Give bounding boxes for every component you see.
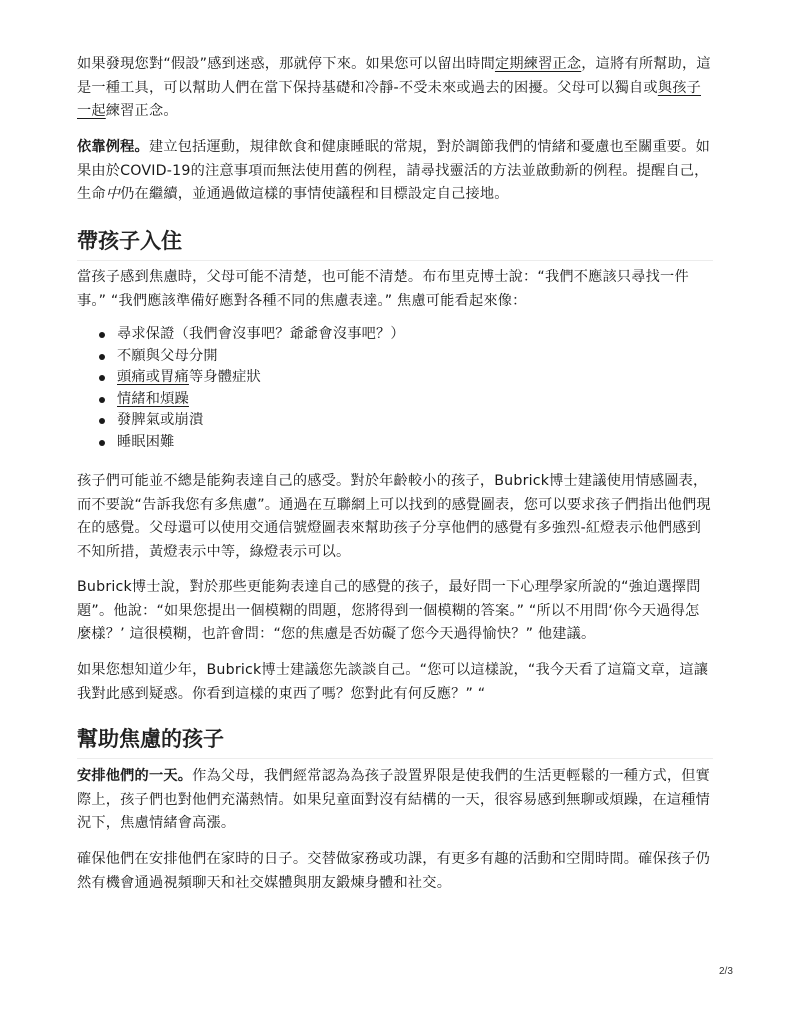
list-item: 頭痛或胃痛等身體症狀 [117, 367, 713, 389]
routine-paragraph: 依靠例程。建立包括運動，規律飲食和健康睡眠的常規，對於調節我們的情緒和憂慮也至關… [77, 136, 713, 207]
page-number: 2/3 [719, 966, 733, 977]
text: 練習正念。 [106, 103, 178, 119]
text: 睡眠困難 [117, 434, 175, 450]
section-heading-help-anxious-kids: 幫助焦慮的孩子 [77, 724, 713, 759]
list-item: 不願與父母分開 [117, 346, 713, 368]
mindfulness-paragraph: 如果發現您對“假設”感到迷惑，那就停下來。如果您可以留出時間定期練習正念，這將有… [77, 53, 713, 124]
teen-paragraph: 如果您想知道少年，Bubrick博士建議您先談談自己。“您可以這樣說，“我今天看… [77, 659, 713, 706]
list-item: 尋求保證（我們會沒事吧？爺爺會沒事吧？） [117, 324, 713, 346]
home-days-paragraph: 確保他們在安排他們在家時的日子。交替做家務或功課，有更多有趣的活動和空閒時間。確… [77, 848, 713, 895]
list-item: 睡眠困難 [117, 432, 713, 454]
text: 中 [106, 186, 120, 202]
text: 仍在繼續，並通過做這樣的事情使議程和目標設定自己接地。 [120, 186, 508, 202]
text: 如果發現您對“假設”感到迷惑，那就停下來。如果您可以留出時間 [77, 56, 495, 72]
text: 等身體症狀 [189, 369, 261, 385]
text: 尋求保證（我們會沒事吧？爺爺會沒事吧？） [117, 326, 405, 342]
text: 發脾氣或崩潰 [117, 412, 203, 428]
schedule-paragraph: 安排他們的一天。作為父母，我們經常認為為孩子設置界限是使我們的生活更輕鬆的一種方… [77, 765, 713, 836]
schedule-lead: 安排他們的一天。 [77, 768, 192, 784]
anxiety-signs-list: 尋求保證（我們會沒事吧？爺爺會沒事吧？） 不願與父母分開 頭痛或胃痛等身體症狀 … [77, 324, 713, 453]
list-item: 情緒和煩躁 [117, 389, 713, 411]
link-headache-stomachache[interactable]: 頭痛或胃痛 [117, 369, 189, 385]
feelings-chart-paragraph: 孩子們可能並不總是能夠表達自己的感受。對於年齡較小的孩子，Bubrick博士建議… [77, 470, 713, 564]
text: 不願與父母分開 [117, 348, 218, 364]
routine-lead: 依靠例程。 [77, 139, 149, 155]
forced-choice-paragraph: Bubrick博士說，對於那些更能夠表達自己的感覺的孩子，最好問一下心理學家所說… [77, 576, 713, 647]
link-mindfulness-practice[interactable]: 定期練習正念 [495, 56, 581, 72]
link-mood-irritability[interactable]: 情緒和煩躁 [117, 391, 189, 407]
list-item: 發脾氣或崩潰 [117, 410, 713, 432]
section-heading-check-in: 帶孩子入住 [77, 226, 713, 261]
check-in-intro: 當孩子感到焦慮時，父母可能不清楚，也可能不清楚。布布里克博士說：“我們不應該只尋… [77, 266, 713, 313]
